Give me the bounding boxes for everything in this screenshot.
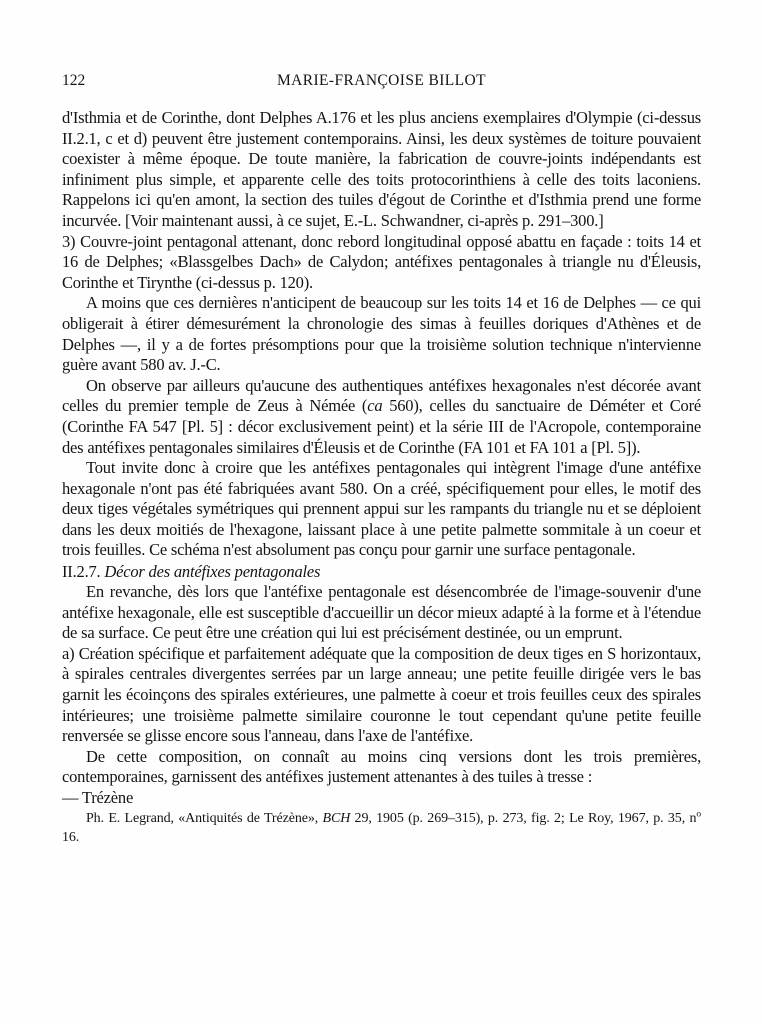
footnote-segment: 16. bbox=[62, 830, 79, 845]
body-text: d'Isthmia et de Corinthe, dont Delphes A… bbox=[62, 108, 701, 848]
footnote-segment: Ph. E. Legrand, «Antiquités de Trézène», bbox=[86, 811, 323, 826]
ordinal-superscript: o bbox=[696, 809, 701, 819]
italic-journal-bch: BCH bbox=[323, 811, 351, 826]
running-header: 122 MARIE-FRANÇOISE BILLOT bbox=[62, 70, 701, 91]
italic-ca: ca bbox=[367, 396, 382, 415]
paragraph-en-revanche: En revanche, dès lors que l'antéfixe pen… bbox=[62, 582, 701, 644]
paragraph-item-3: 3) Couvre-joint pentagonal attenant, don… bbox=[62, 232, 701, 294]
paragraph-item-a: a) Création spécifique et parfaitement a… bbox=[62, 644, 701, 747]
paragraph-tout-invite: Tout invite donc à croire que les antéfi… bbox=[62, 458, 701, 561]
section-title: Décor des antéfixes pentagonales bbox=[104, 562, 320, 581]
running-head-author: MARIE-FRANÇOISE BILLOT bbox=[62, 70, 701, 91]
scanned-book-page: 122 MARIE-FRANÇOISE BILLOT d'Isthmia et … bbox=[0, 0, 762, 1024]
paragraph-a-moins: A moins que ces dernières n'anticipent d… bbox=[62, 293, 701, 375]
paragraph-continuation: d'Isthmia et de Corinthe, dont Delphes A… bbox=[62, 108, 701, 232]
paragraph-de-cette-composition: De cette composition, on connaît au moin… bbox=[62, 747, 701, 788]
footnote-reference: Ph. E. Legrand, «Antiquités de Trézène»,… bbox=[62, 809, 701, 848]
footnote-segment: 29, 1905 (p. 269–315), p. 273, fig. 2; L… bbox=[350, 811, 696, 826]
page-number: 122 bbox=[62, 70, 85, 91]
section-heading: II.2.7. Décor des antéfixes pentagonales bbox=[62, 561, 701, 582]
paragraph-on-observe: On observe par ailleurs qu'aucune des au… bbox=[62, 376, 701, 458]
section-number: II.2.7. bbox=[62, 562, 104, 581]
paragraph-trezene: — Trézène bbox=[62, 788, 701, 809]
